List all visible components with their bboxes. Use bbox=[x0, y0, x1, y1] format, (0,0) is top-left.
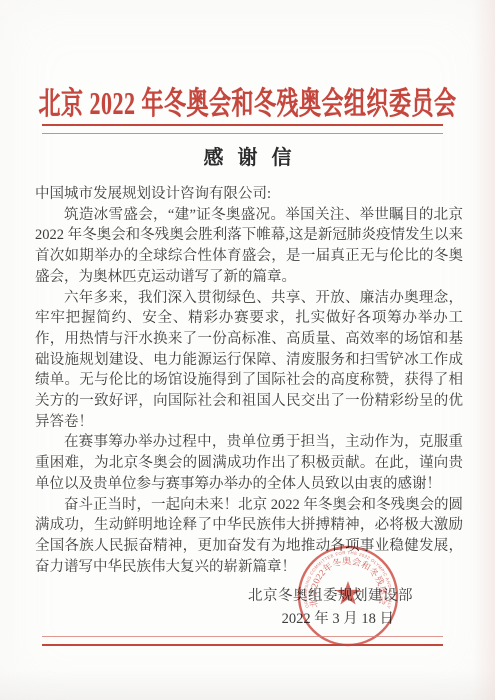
letterhead-double-rule bbox=[42, 124, 443, 134]
letterhead-title: 北京 2022 年冬奥会和冬残奥会组织委员会 bbox=[0, 80, 495, 124]
paragraph-4: 奋斗正当时，一起向未来！北京 2022 年冬奥会和冬残奥会的圆满成功，生动鲜明地… bbox=[35, 495, 463, 578]
letter-body: 中国城市发展规划设计咨询有限公司: 筑造冰雪盛会，“建”证冬奥盛况。举国关注、举… bbox=[35, 184, 463, 577]
footer-double-rule bbox=[42, 636, 443, 646]
signature-department: 北京冬奥组委规划建设部 bbox=[248, 584, 413, 605]
letter-title: 感谢信 bbox=[0, 141, 495, 170]
paper-edge-shading-bottom bbox=[0, 670, 495, 700]
date-line: 2022 年 3 月 18 日 bbox=[282, 607, 394, 628]
letter-page: 北京 2022 年冬奥会和冬残奥会组织委员会 感谢信 中国城市发展规划设计咨询有… bbox=[0, 0, 495, 700]
paragraph-2: 六年多来，我们深入贯彻绿色、共享、开放、廉洁办奥理念，牢牢把握简约、安全、精彩办… bbox=[35, 288, 463, 433]
recipient-line: 中国城市发展规划设计咨询有限公司: bbox=[35, 184, 463, 205]
paragraph-3: 在赛事筹办举办过程中，贵单位勇于担当，主动作为，克服重重困难，为北京冬奥会的圆满… bbox=[35, 432, 463, 494]
paragraph-1: 筑造冰雪盛会，“建”证冬奥盛况。举国关注、举世瞩目的北京 2022 年冬奥会和冬… bbox=[35, 205, 463, 288]
